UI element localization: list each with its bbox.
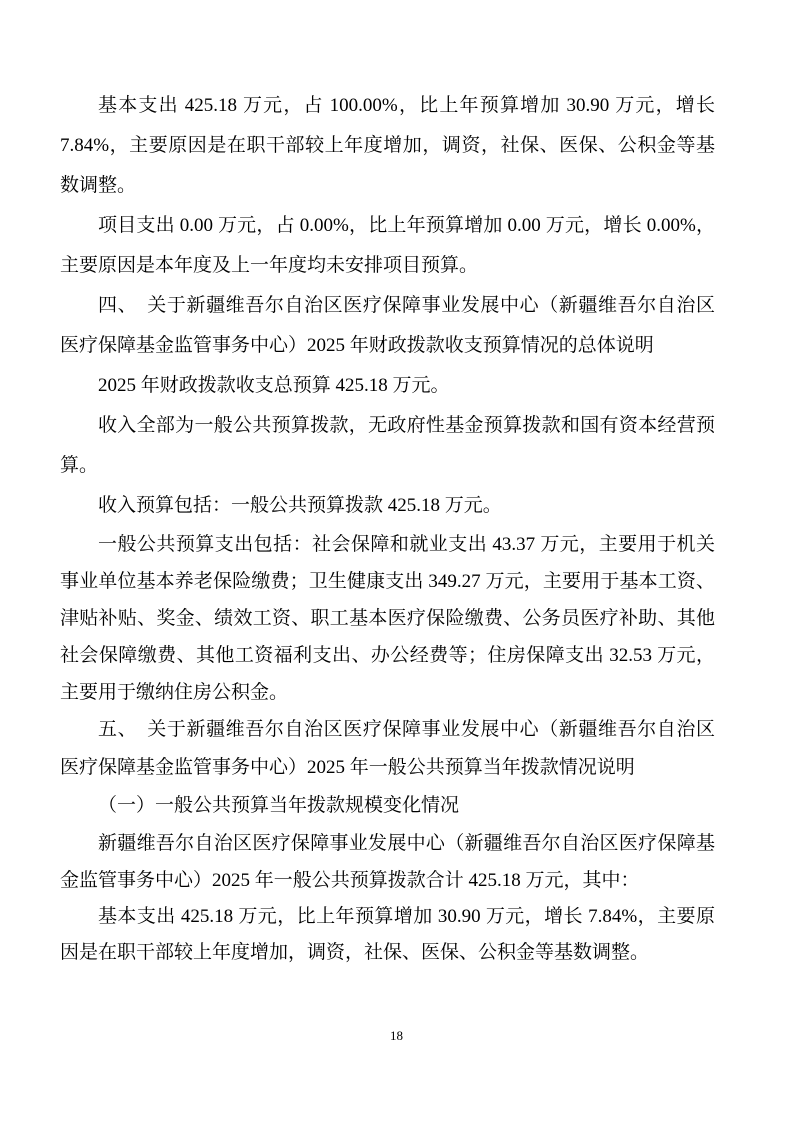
- section-heading-5-current-year-appropriation: 五、 关于新疆维吾尔自治区医疗保障事业发展中心（新疆维吾尔自治区医疗保障基金监管…: [60, 711, 715, 787]
- paragraph-basic-expenditure-share: 基本支出 425.18 万元，占 100.00%，比上年预算增加 30.90 万…: [60, 86, 715, 206]
- paragraph-appropriation-total: 新疆维吾尔自治区医疗保障事业发展中心（新疆维吾尔自治区医疗保障基金监管事务中心）…: [60, 825, 715, 899]
- document-body: 基本支出 425.18 万元，占 100.00%，比上年预算增加 30.90 万…: [60, 86, 715, 971]
- paragraph-basic-expenditure-increase: 基本支出 425.18 万元，比上年预算增加 30.90 万元，增长 7.84%…: [60, 899, 715, 971]
- page-number: 18: [390, 1028, 403, 1043]
- subsection-heading-1-appropriation-scale-change: （一）一般公共预算当年拨款规模变化情况: [60, 787, 715, 825]
- paragraph-project-expenditure: 项目支出 0.00 万元，占 0.00%，比上年预算增加 0.00 万元，增长 …: [60, 206, 715, 286]
- paragraph-public-budget-expenditure-breakdown: 一般公共预算支出包括：社会保障和就业支出 43.37 万元，主要用于机关事业单位…: [60, 526, 715, 711]
- paragraph-total-fiscal-budget: 2025 年财政拨款收支总预算 425.18 万元。: [60, 366, 715, 406]
- section-heading-4-fiscal-appropriation-overview: 四、 关于新疆维吾尔自治区医疗保障事业发展中心（新疆维吾尔自治区医疗保障基金监管…: [60, 286, 715, 366]
- document-page: 基本支出 425.18 万元，占 100.00%，比上年预算增加 30.90 万…: [0, 0, 793, 1122]
- paragraph-income-source: 收入全部为一般公共预算拨款，无政府性基金预算拨款和国有资本经营预算。: [60, 406, 715, 486]
- page-footer: 18: [0, 1028, 793, 1044]
- paragraph-income-budget-includes: 收入预算包括：一般公共预算拨款 425.18 万元。: [60, 486, 715, 526]
